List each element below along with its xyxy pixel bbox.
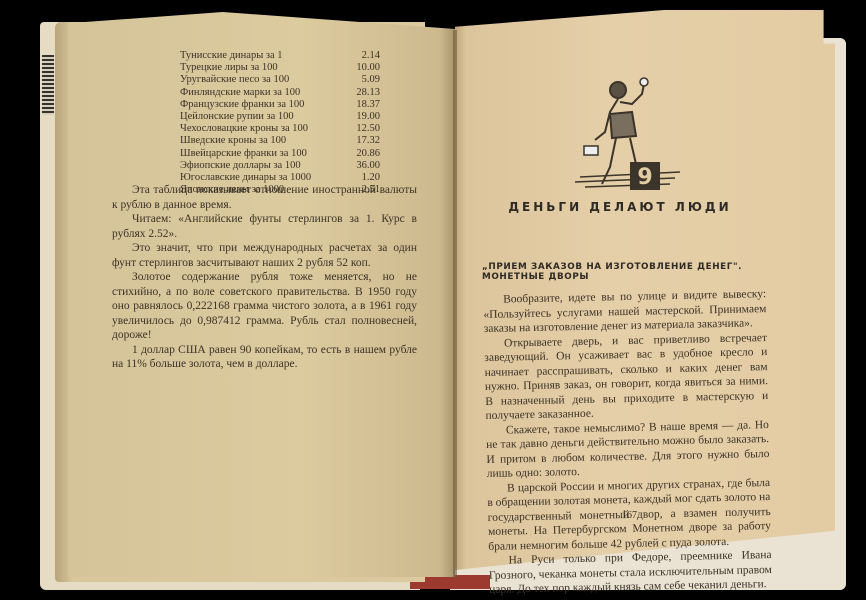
rate-value: 18.37: [340, 99, 380, 111]
chapter-illustration-figure-icon: 9: [570, 72, 690, 197]
rate-value: 5.09: [340, 74, 380, 86]
currency-label: Финляндские марки за 100: [180, 87, 300, 99]
rate-value: 36.00: [340, 160, 380, 172]
left-page-body: Эта таблица показывает отношение иностра…: [112, 183, 417, 372]
currency-label: Французские франки за 100: [180, 99, 304, 111]
currency-label: Чехословацкие кроны за 100: [180, 123, 308, 135]
rate-row: Тунисские динары за 12.14: [180, 50, 380, 62]
currency-label: Шведские кроны за 100: [180, 135, 286, 147]
rate-value: 10.00: [340, 62, 380, 74]
paragraph: Скажете, такое немыслимо? В наше время —…: [486, 418, 770, 482]
rate-value: 12.50: [340, 123, 380, 135]
currency-label: Уругвайские песо за 100: [180, 74, 289, 86]
rate-row: Швейцарские франки за 10020.86: [180, 148, 380, 160]
rate-value: 19.00: [340, 111, 380, 123]
paragraph: Это значит, что при международных расчет…: [112, 241, 417, 270]
paragraph: Читаем: «Английские фунты стерлингов за …: [112, 212, 417, 241]
paragraph: Открываете дверь, и вас приветливо встре…: [484, 331, 769, 424]
rate-value: 17.32: [340, 135, 380, 147]
book-gutter: [453, 30, 457, 578]
currency-label: Турецкие лиры за 100: [180, 62, 278, 74]
paragraph: Эта таблица показывает отношение иностра…: [112, 183, 417, 212]
rate-value: 20.86: [340, 148, 380, 160]
currency-label: Тунисские динары за 1: [180, 50, 283, 62]
currency-label: Швейцарские франки за 100: [180, 148, 307, 160]
rate-row: Цейлонские рупии за 10019.00: [180, 111, 380, 123]
currency-label: Эфиопские доллары за 100: [180, 160, 301, 172]
paragraph: Вообразите, идете вы по улице и видите в…: [483, 287, 767, 336]
rate-row: Чехословацкие кроны за 10012.50: [180, 123, 380, 135]
rate-value: 28.13: [340, 87, 380, 99]
paragraph: На Руси только при Федоре, преемнике Ива…: [488, 548, 772, 597]
paragraph: Золотое содержание рубля тоже меняется, …: [112, 270, 417, 343]
rate-value: 2.14: [340, 50, 380, 62]
rate-row: Финляндские марки за 10028.13: [180, 87, 380, 99]
rate-row: Турецкие лиры за 10010.00: [180, 62, 380, 74]
chapter-title: ДЕНЬГИ ДЕЛАЮТ ЛЮДИ: [490, 200, 750, 214]
cover-binding-edge: [42, 55, 54, 115]
section-title: „ПРИЕМ ЗАКАЗОВ НА ИЗГОТОВЛЕНИЕ ДЕНЕГ". М…: [482, 262, 782, 282]
exchange-rate-table: Тунисские динары за 12.14 Турецкие лиры …: [180, 50, 380, 196]
currency-label: Цейлонские рупии за 100: [180, 111, 294, 123]
rate-row: Шведские кроны за 10017.32: [180, 135, 380, 147]
rate-row: Эфиопские доллары за 10036.00: [180, 160, 380, 172]
paragraph: 1 доллар США равен 90 копейкам, то есть …: [112, 343, 417, 372]
chapter-number: 9: [637, 165, 652, 190]
page-number: 167: [622, 510, 637, 521]
right-page-body: Вообразите, идете вы по улице и видите в…: [483, 287, 772, 597]
rate-row: Французские франки за 10018.37: [180, 99, 380, 111]
rate-row: Уругвайские песо за 1005.09: [180, 74, 380, 86]
